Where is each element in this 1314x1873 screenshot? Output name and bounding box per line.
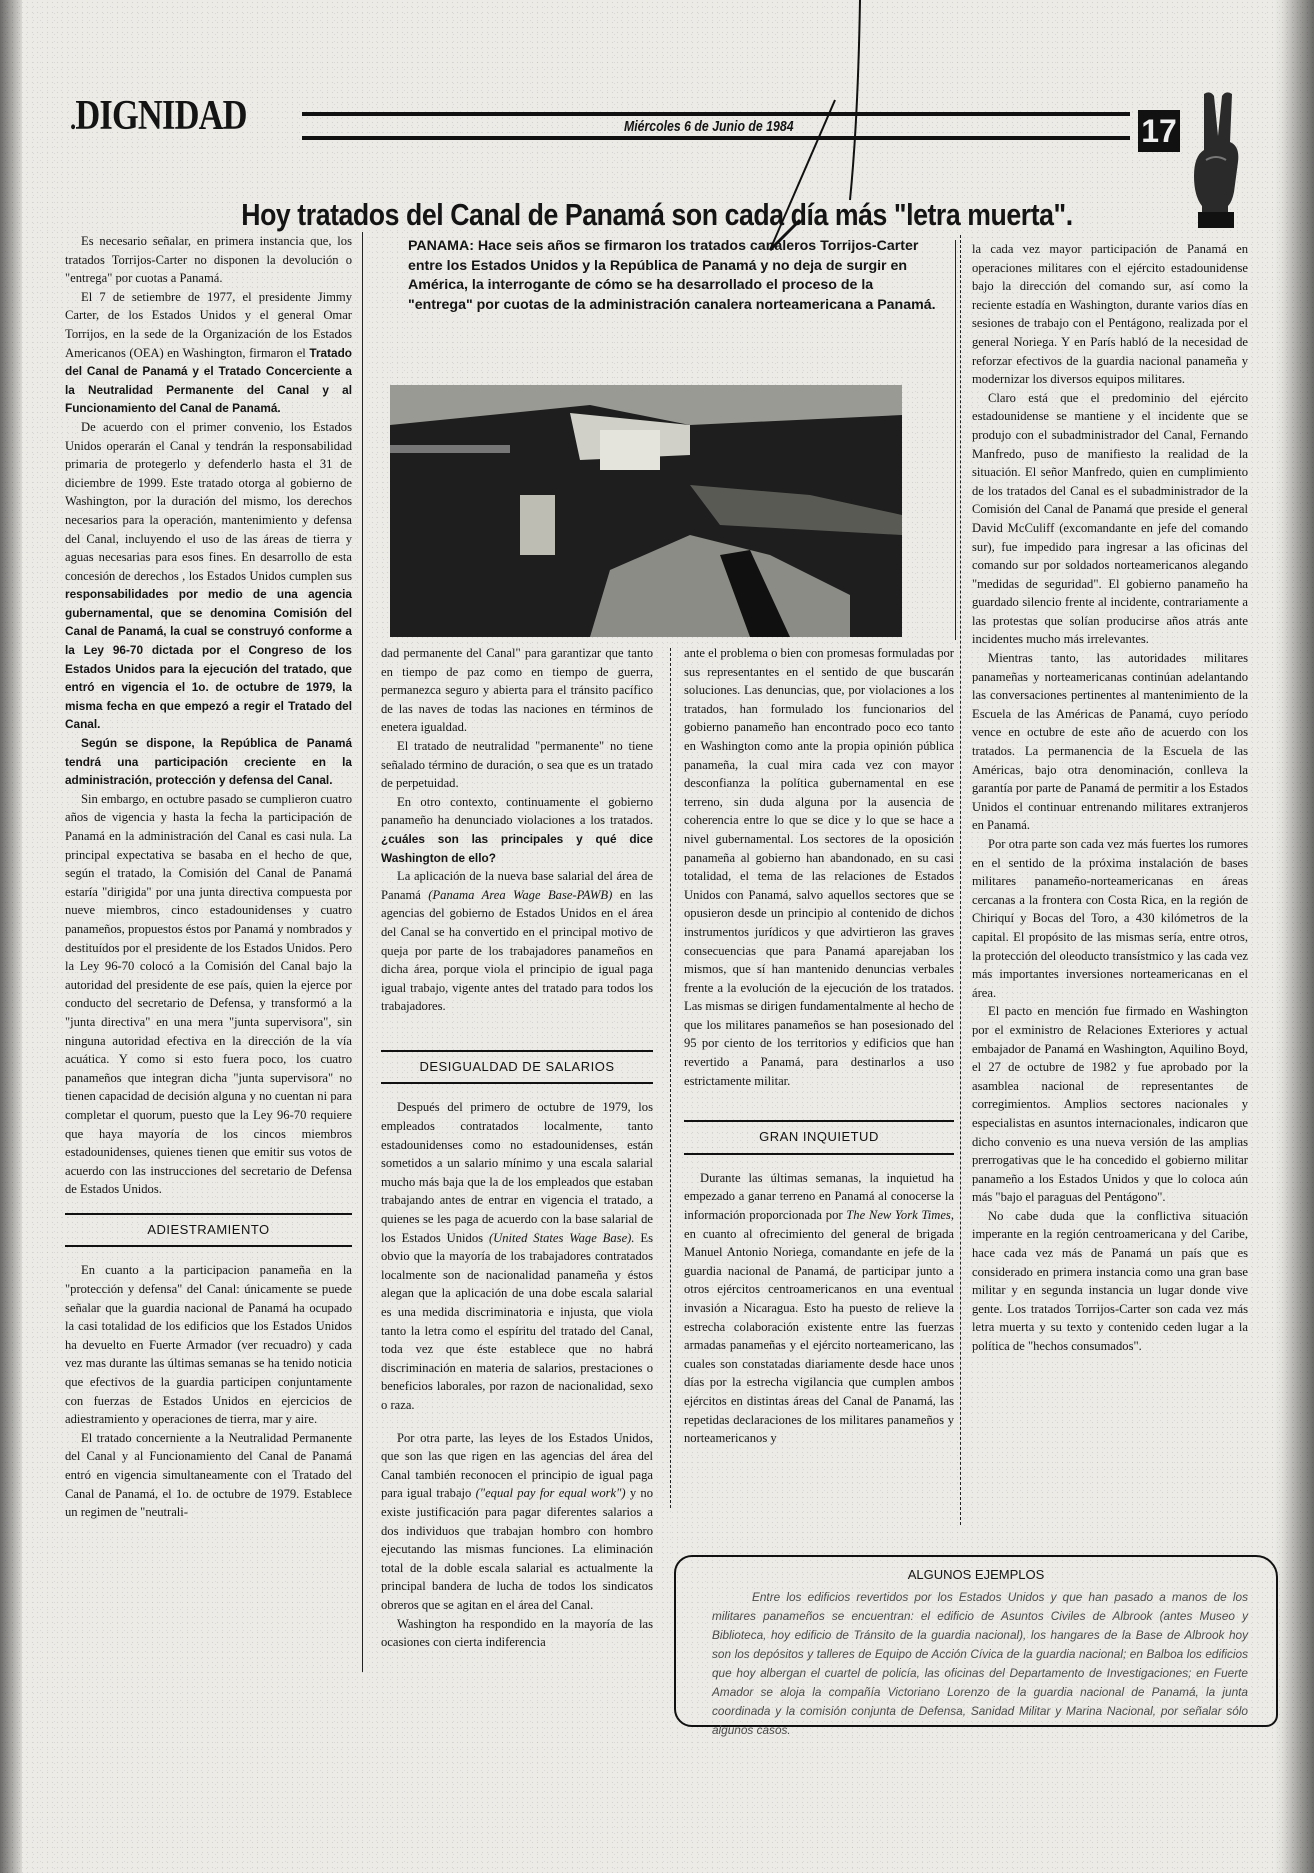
paragraph: Claro está que el predominio del ejércit… bbox=[972, 389, 1248, 649]
pen-stroke-mark bbox=[0, 0, 1314, 300]
article-column-4: la cada vez mayor participación de Panam… bbox=[972, 240, 1248, 1356]
paragraph: El pacto en mención fue firmado en Washi… bbox=[972, 1002, 1248, 1207]
paragraph: En cuanto a la participacion panameña en… bbox=[65, 1261, 352, 1428]
paragraph: Washington ha respondido en la mayoría d… bbox=[381, 1615, 653, 1652]
article-column-2: dad permanente del Canal" para garantiza… bbox=[381, 644, 653, 1652]
sidebar-box-title: ALGUNOS EJEMPLOS bbox=[676, 1567, 1276, 1582]
article-column-1: Es necesario señalar, en primera instanc… bbox=[65, 232, 352, 1522]
paragraph: El tratado de neutralidad "permanente" n… bbox=[381, 737, 653, 793]
paragraph: Según se dispone, la República de Panamá… bbox=[65, 734, 352, 790]
paragraph: Por otra parte, las leyes de los Estados… bbox=[381, 1429, 653, 1615]
section-heading-gran-inquietud: GRAN INQUIETUD bbox=[684, 1120, 954, 1155]
paragraph: Durante las últimas semanas, la inquietu… bbox=[684, 1169, 954, 1448]
paragraph: dad permanente del Canal" para garantiza… bbox=[381, 644, 653, 737]
paragraph: Después del primero de octubre de 1979, … bbox=[381, 1098, 653, 1414]
paragraph: El 7 de setiembre de 1977, el presidente… bbox=[65, 288, 352, 418]
paragraph: ante el problema o bien con promesas for… bbox=[684, 644, 954, 1090]
column-rule bbox=[955, 240, 956, 640]
sidebar-box-text: Entre los edificios revertidos por los E… bbox=[712, 1588, 1248, 1740]
paragraph: No cabe duda que la conflictiva situació… bbox=[972, 1207, 1248, 1356]
article-column-3: ante el problema o bien con promesas for… bbox=[684, 644, 954, 1448]
canal-locks-photo bbox=[390, 385, 902, 637]
sidebar-box-algunos-ejemplos: ALGUNOS EJEMPLOS Entre los edificios rev… bbox=[674, 1555, 1278, 1727]
column-rule bbox=[960, 235, 961, 1525]
section-heading-desigualdad: DESIGUALDAD DE SALARIOS bbox=[381, 1050, 653, 1085]
paragraph: Por otra parte son cada vez más fuertes … bbox=[972, 835, 1248, 1002]
section-heading-adiestramiento: ADIESTRAMIENTO bbox=[65, 1213, 352, 1248]
paragraph: Sin embargo, en octubre pasado se cumpli… bbox=[65, 790, 352, 1199]
paragraph: De acuerdo con el primer convenio, los E… bbox=[65, 418, 352, 734]
paragraph: El tratado concerniente a la Neutralidad… bbox=[65, 1429, 352, 1522]
column-rule bbox=[362, 232, 363, 1672]
paragraph: La aplicación de la nueva base salarial … bbox=[381, 867, 653, 1016]
paragraph: Mientras tanto, las autoridades militare… bbox=[972, 649, 1248, 835]
column-rule bbox=[670, 648, 671, 1508]
paragraph: En otro contexto, continuamente el gobie… bbox=[381, 793, 653, 867]
